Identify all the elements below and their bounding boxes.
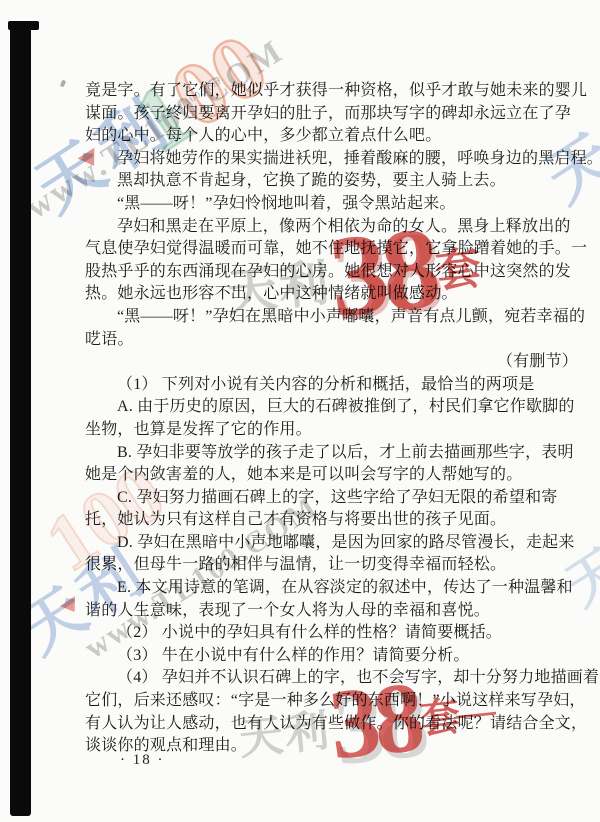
- text-line: 谋面。孩子终归要离开孕妇的肚子，而那块写字的碑却永远立在了孕: [85, 103, 582, 126]
- text-line: 股热乎乎的东西涌现在孕妇的心房。她很想对人形容心中这突然的发: [85, 261, 582, 284]
- text-line: 有人认为让人感动，也有人认为有些做作。你的看法呢？请结合全文，: [85, 713, 582, 736]
- body-text: 竟是字。有了它们，她似乎才获得一种资格，似乎才敢与她未来的婴儿谋面。孩子终归要离…: [85, 80, 582, 758]
- text-line: （1） 下列对小说有关内容的分析和概括，最恰当的两项是: [85, 374, 582, 397]
- text-line: “黑——呀！”孕妇怜悯地叫着，强令黑站起来。: [85, 193, 582, 216]
- text-line: 竟是字。有了它们，她似乎才获得一种资格，似乎才敢与她未来的婴儿: [85, 80, 582, 103]
- text-line: B. 孕妇非要等放学的孩子走了以后，才上前去描画那些字，表明: [85, 442, 582, 465]
- text-line: 她是个内敛害羞的人，她本来是可以叫会写字的人帮她写的。: [85, 464, 582, 487]
- text-line: D. 孕妇在黑暗中小声地嘟囔，是因为回家的路尽管漫长，走起来: [85, 532, 582, 555]
- text-line: “黑——呀！”孕妇在黑暗中小声嘟囔，声音有点儿颤，宛若幸福的: [85, 306, 582, 329]
- text-line: 孕妇将她劳作的果实揣进袄兜，捶着酸麻的腰，呼唤身边的黑启程。: [85, 148, 582, 171]
- text-line: （有删节）: [85, 351, 582, 374]
- text-line: 孕妇和黑走在平原上，像两个相依为命的女人。黑身上释放出的: [85, 216, 582, 239]
- text-line: 气息使孕妇觉得温暖而可靠，她不住地抚摸它，它拿脸蹭着她的手。一: [85, 238, 582, 261]
- text-line: （4） 孕妇并不认识石碑上的字，也不会写字，却十分努力地描画着: [85, 667, 582, 690]
- text-line: C. 孕妇努力描画石碑上的字，这些字给了孕妇无限的希望和寄: [85, 487, 582, 510]
- text-line: 托，她认为只有这样自己才有资格与将要出世的孩子见面。: [85, 509, 582, 532]
- text-line: 它们，后来还感叹：“字是一种多么好的东西啊！”小说这样来写孕妇，: [85, 690, 582, 713]
- text-line: （2） 小说中的孕妇具有什么样的性格？请简要概括。: [85, 622, 582, 645]
- text-line: 很累，但母牛一路的相伴与温情，让一切变得幸福而轻松。: [85, 554, 582, 577]
- page-number: · 18 ·: [120, 752, 165, 769]
- text-line: （3） 牛在小说中有什么样的作用？请简要分析。: [85, 645, 582, 668]
- text-line: 呓语。: [85, 329, 582, 352]
- text-line: 热。她永远也形容不出，心中这种情绪就叫做感动。: [85, 283, 582, 306]
- text-line: 谐的人生意味，表现了一个女人将为人母的幸福和喜悦。: [85, 600, 582, 623]
- text-line: 妇的心中。每个人的心中，多少都立着点什么吧。: [85, 125, 582, 148]
- scanned-page: 天利 100 www.TL100.COM www.tl100.com 天利 10…: [0, 0, 600, 822]
- text-line: A. 由于历史的原因，巨大的石碑被推倒了，村民们拿它作歇脚的: [85, 396, 582, 419]
- text-line: 坐物，也算是发挥了它的作用。: [85, 419, 582, 442]
- tianli-logo-triangle-icon: [60, 596, 82, 617]
- text-line: E. 本文用诗意的笔调，在从容淡定的叙述中，传达了一种温馨和: [85, 577, 582, 600]
- scan-edge-bar: [10, 21, 31, 816]
- text-line: 黑却执意不肯起身，它换了跪的姿势，要主人骑上去。: [85, 170, 582, 193]
- scan-speck: [60, 79, 67, 87]
